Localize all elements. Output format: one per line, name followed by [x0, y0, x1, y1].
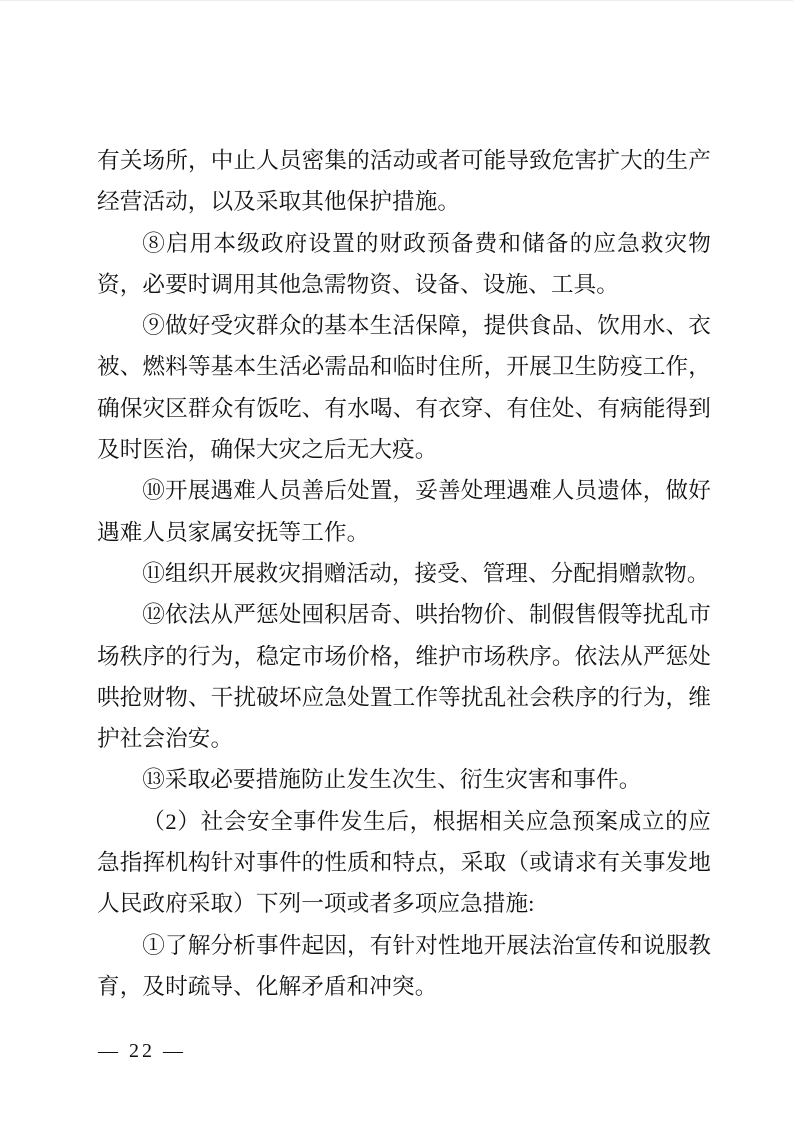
paragraph-item-8: ⑧启用本级政府设置的财政预备费和储备的应急救灾物资，必要时调用其他急需物资、设备… [97, 223, 711, 306]
paragraph-item-12: ⑫依法从严惩处囤积居奇、哄抬物价、制假售假等扰乱市场秩序的行为，稳定市场价格，维… [97, 594, 711, 759]
page-number: — 22 — [98, 1039, 186, 1063]
paragraph-item-13: ⑬采取必要措施防止发生次生、衍生灾害和事件。 [97, 759, 711, 800]
paragraph-continuation: 有关场所，中止人员密集的活动或者可能导致危害扩大的生产经营活动，以及采取其他保护… [97, 140, 711, 223]
document-body: 有关场所，中止人员密集的活动或者可能导致危害扩大的生产经营活动，以及采取其他保护… [97, 140, 711, 1007]
paragraph-item-11: ⑪组织开展救灾捐赠活动，接受、管理、分配捐赠款物。 [97, 553, 711, 594]
document-page: 有关场所，中止人员密集的活动或者可能导致危害扩大的生产经营活动，以及采取其他保护… [0, 0, 793, 1122]
paragraph-section-2: （2）社会安全事件发生后，根据相关应急预案成立的应急指挥机构针对事件的性质和特点… [97, 801, 711, 925]
paragraph-item-10: ⑩开展遇难人员善后处置，妥善处理遇难人员遗体，做好遇难人员家属安抚等工作。 [97, 470, 711, 553]
paragraph-item-1: ①了解分析事件起因，有针对性地开展法治宣传和说服教育，及时疏导、化解矛盾和冲突。 [97, 925, 711, 1008]
paragraph-item-9: ⑨做好受灾群众的基本生活保障，提供食品、饮用水、衣被、燃料等基本生活必需品和临时… [97, 305, 711, 470]
